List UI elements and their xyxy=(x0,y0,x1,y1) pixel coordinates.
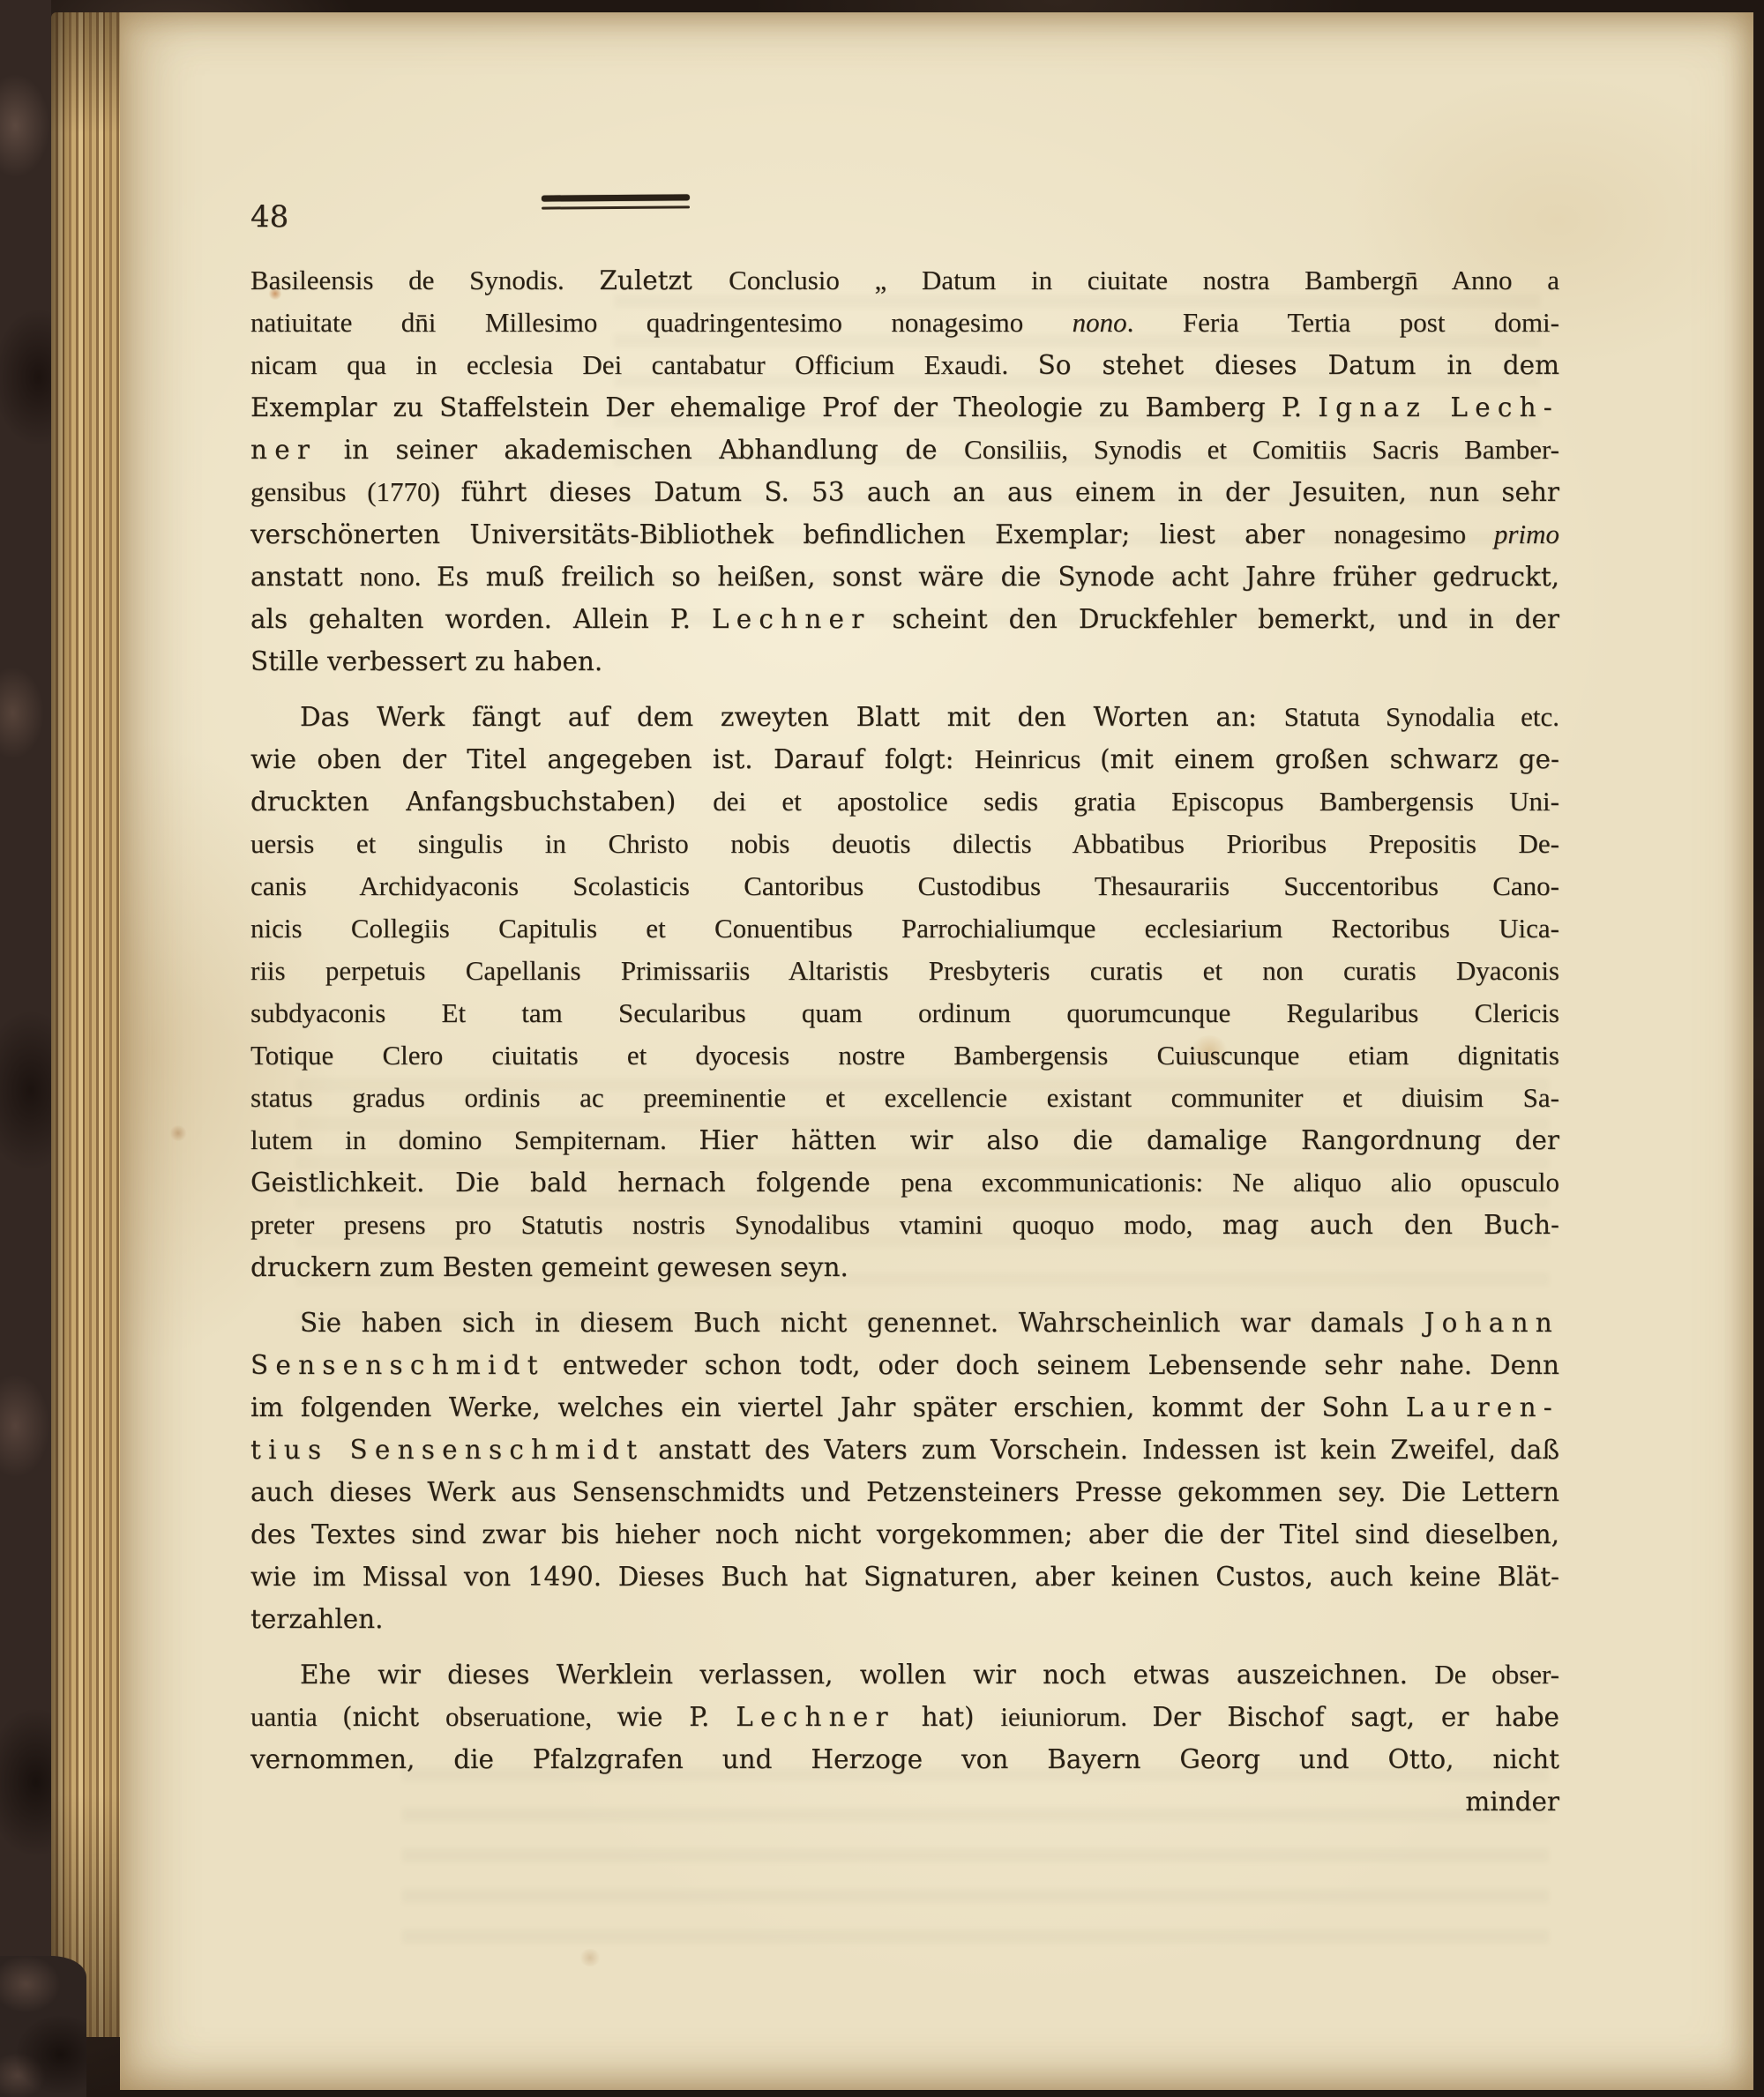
text-segment-spaced: Lechner xyxy=(736,1702,895,1732)
text-segment-fraktur: entweder schon todt, oder doch seinem Le… xyxy=(545,1350,1559,1380)
text-segment-fraktur: Ehe wir dieses Werklein verlassen, wolle… xyxy=(300,1660,1434,1690)
paragraph: Ehe wir dieses Werklein verlassen, wolle… xyxy=(250,1653,1559,1823)
text-line: Basileensis de Synodis. Zuletzt Conclusi… xyxy=(250,259,1559,302)
text-segment-latin: gensibus (1770) xyxy=(250,476,461,507)
text-segment-fraktur: Zuletzt xyxy=(599,265,729,295)
text-segment-latin: status gradus ordinis ac preeminentie et… xyxy=(250,1082,1559,1113)
text-segment-fraktur: druckern zum Besten gemeint gewesen seyn… xyxy=(250,1252,848,1282)
text-segment-fraktur: Es muß freilich so heißen, sonst wäre di… xyxy=(437,562,1559,592)
text-segment-latin: dei et apostolice sedis gratia Episcopus… xyxy=(713,786,1559,817)
text-segment-latin: natiuitate dn̄i Millesimo quadringentesi… xyxy=(250,307,1073,338)
text-segment-fraktur: wie P. xyxy=(617,1702,736,1732)
text-segment-fraktur: als gehalten worden. Allein P. xyxy=(250,604,712,634)
text-line: Sie haben sich in diesem Buch nicht gene… xyxy=(250,1302,1559,1344)
text-line: riis perpetuis Capellanis Primissariis A… xyxy=(250,950,1559,992)
text-segment-italic: primo xyxy=(1494,519,1559,549)
rule-line-thin xyxy=(542,205,690,209)
text-segment-latin: uantia xyxy=(250,1701,342,1732)
foxing-spot xyxy=(579,1949,602,1966)
text-segment-latin: Basileensis de Synodis. xyxy=(250,265,599,295)
text-block: Basileensis de Synodis. Zuletzt Conclusi… xyxy=(250,259,1559,1823)
text-segment-latin: nonagesimo xyxy=(1334,519,1494,549)
text-segment-fraktur: Sie haben sich in diesem Buch nicht gene… xyxy=(300,1308,1424,1338)
text-segment-latin: subdyaconis Et tam Secularibus quam ordi… xyxy=(250,997,1559,1028)
text-segment-spaced: Sensenschmidt xyxy=(250,1350,545,1380)
text-segment-spaced: Ignaz Lech- xyxy=(1318,392,1559,422)
text-segment-latin: lutem in domino Sempiternam. xyxy=(250,1124,699,1155)
text-segment-fraktur: anstatt xyxy=(250,562,360,592)
text-line: tius Sensenschmidt anstatt des Vaters zu… xyxy=(250,1429,1559,1471)
text-segment-spaced: Lauren- xyxy=(1406,1392,1559,1422)
text-segment-latin: Statuta Synodalia etc. xyxy=(1284,701,1559,732)
text-segment-fraktur: mag auch den Buch- xyxy=(1222,1210,1559,1240)
text-segment-fraktur: Hier hätten wir also die damalige Rangor… xyxy=(699,1125,1559,1155)
text-segment-latin: Totique Clero ciuitatis et dyocesis nost… xyxy=(250,1040,1559,1071)
text-line: wie im Missal von 1490. Dieses Buch hat … xyxy=(250,1556,1559,1598)
text-line: Exemplar zu Staffelstein Der ehemalige P… xyxy=(250,386,1559,429)
text-segment-latin: nono. xyxy=(360,561,437,592)
text-segment-fraktur: hat) xyxy=(895,1702,1001,1732)
text-line: im folgenden Werke, welches ein viertel … xyxy=(250,1386,1559,1429)
text-segment-fraktur: Das Werk fängt auf dem zweyten Blatt mit… xyxy=(300,702,1284,732)
text-segment-fraktur: (nicht xyxy=(342,1702,445,1732)
text-line: Totique Clero ciuitatis et dyocesis nost… xyxy=(250,1034,1559,1077)
text-segment-fraktur: Exemplar zu Staffelstein Der ehemalige P… xyxy=(250,392,1318,422)
text-line: Ehe wir dieses Werklein verlassen, wolle… xyxy=(250,1653,1559,1696)
text-segment-latin: Consiliis, Synodis et Comitiis Sacris Ba… xyxy=(964,434,1559,465)
text-line: subdyaconis Et tam Secularibus quam ordi… xyxy=(250,992,1559,1034)
text-segment-latin: preter presens pro Statutis nostris Syno… xyxy=(250,1209,1222,1240)
text-segment-fraktur: des Textes sind zwar bis hieher noch nic… xyxy=(250,1519,1559,1549)
text-segment-latin: ieiuniorum. xyxy=(1000,1701,1152,1732)
text-line: uantia (nicht obseruatione, wie P. Lechn… xyxy=(250,1696,1559,1738)
text-line: auch dieses Werk aus Sensenschmidts und … xyxy=(250,1471,1559,1513)
text-line: lutem in domino Sempiternam. Hier hätten… xyxy=(250,1119,1559,1161)
page-edge-stack xyxy=(51,12,120,2037)
text-segment-fraktur: wie oben der Titel angegeben ist. Darauf… xyxy=(250,744,975,774)
text-segment-fraktur: terzahlen. xyxy=(250,1604,384,1634)
text-segment-fraktur: Der Bischof sagt, er habe xyxy=(1152,1702,1559,1732)
text-line: ner in seiner akademischen Abhandlung de… xyxy=(250,429,1559,471)
text-segment-spaced: Johann xyxy=(1424,1308,1559,1338)
text-segment-spaced: ner xyxy=(250,435,317,465)
text-line: anstatt nono. Es muß freilich so heißen,… xyxy=(250,556,1559,598)
text-segment-latin: Conclusio „ Datum in ciuitate nostra Bam… xyxy=(729,265,1559,295)
text-segment-italic: nono xyxy=(1073,307,1127,338)
text-line: Das Werk fängt auf dem zweyten Blatt mit… xyxy=(250,696,1559,738)
text-segment-fraktur: verschönerten Universitäts-Bibliothek be… xyxy=(250,519,1334,549)
text-line: preter presens pro Statutis nostris Syno… xyxy=(250,1204,1559,1246)
text-segment-latin: riis perpetuis Capellanis Primissariis A… xyxy=(250,955,1559,986)
text-segment-fraktur: So stehet dieses Datum in dem xyxy=(1038,350,1559,380)
paragraph: Das Werk fängt auf dem zweyten Blatt mit… xyxy=(250,696,1559,1288)
text-line: nicam qua in ecclesia Dei cantabatur Off… xyxy=(250,344,1559,386)
text-line: druckten Anfangsbuchstaben) dei et apost… xyxy=(250,780,1559,823)
book-page: 48 Basileensis de Synodis. Zuletzt Concl… xyxy=(120,12,1753,2090)
paragraph: Sie haben sich in diesem Buch nicht gene… xyxy=(250,1302,1559,1640)
text-line: gensibus (1770) führt dieses Datum S. 53… xyxy=(250,471,1559,513)
rule-line-thick xyxy=(542,194,690,201)
book-binding-board xyxy=(0,0,51,2097)
text-segment-fraktur: vernommen, die Pfalzgrafen und Herzoge v… xyxy=(250,1744,1559,1774)
text-segment-latin: nicam qua in ecclesia Dei cantabatur Off… xyxy=(250,349,1038,380)
text-segment-latin: pena excommunicationis: Ne aliquo alio o… xyxy=(901,1167,1559,1198)
text-line: wie oben der Titel angegeben ist. Darauf… xyxy=(250,738,1559,780)
text-segment-fraktur: minder xyxy=(1465,1787,1559,1817)
text-segment-latin: obseruatione, xyxy=(445,1701,617,1732)
text-segment-latin: uersis et singulis in Christo nobis deuo… xyxy=(250,828,1559,859)
text-segment-latin: De obser- xyxy=(1434,1659,1559,1690)
text-segment-latin: Heinricus xyxy=(975,743,1100,774)
text-line: terzahlen. xyxy=(250,1598,1559,1640)
text-segment-spaced: tius Sensenschmidt xyxy=(250,1435,644,1465)
text-line: canis Archidyaconis Scolasticis Cantorib… xyxy=(250,865,1559,907)
text-line: status gradus ordinis ac preeminentie et… xyxy=(250,1077,1559,1119)
text-line: Geistlichkeit. Die bald hernach folgende… xyxy=(250,1161,1559,1204)
book-binding-corner xyxy=(0,1956,86,2097)
text-line: vernommen, die Pfalzgrafen und Herzoge v… xyxy=(250,1738,1559,1780)
text-line: nicis Collegiis Capitulis et Conuentibus… xyxy=(250,907,1559,950)
text-line: uersis et singulis in Christo nobis deuo… xyxy=(250,823,1559,865)
text-segment-fraktur: in seiner akademischen Abhandlung de xyxy=(317,435,964,465)
text-segment-latin: canis Archidyaconis Scolasticis Cantorib… xyxy=(250,870,1559,901)
text-line: als gehalten worden. Allein P. Lechner s… xyxy=(250,598,1559,640)
text-segment-latin: . Feria Tertia post domi- xyxy=(1127,307,1559,338)
header-rule xyxy=(542,194,690,209)
text-line: Sensenschmidt entweder schon todt, oder … xyxy=(250,1344,1559,1386)
text-line: verschönerten Universitäts-Bibliothek be… xyxy=(250,513,1559,556)
text-segment-fraktur: wie im Missal von 1490. Dieses Buch hat … xyxy=(250,1562,1559,1592)
text-segment-fraktur: auch dieses Werk aus Sensenschmidts und … xyxy=(250,1477,1559,1507)
text-segment-spaced: Lechner xyxy=(712,604,871,634)
text-segment-fraktur: druckten Anfangsbuchstaben) xyxy=(250,787,713,817)
text-segment-fraktur: Geistlichkeit. Die bald hernach folgende xyxy=(250,1168,901,1198)
text-segment-fraktur: Stille verbessert zu haben. xyxy=(250,646,602,676)
page-number: 48 xyxy=(250,199,288,235)
text-segment-fraktur: (mit einem großen schwarz ge- xyxy=(1100,744,1559,774)
text-segment-fraktur: im folgenden Werke, welches ein viertel … xyxy=(250,1392,1406,1422)
text-line: natiuitate dn̄i Millesimo quadringentesi… xyxy=(250,302,1559,344)
text-line: des Textes sind zwar bis hieher noch nic… xyxy=(250,1513,1559,1556)
text-line: Stille verbessert zu haben. xyxy=(250,640,1559,683)
text-segment-fraktur: scheint den Druckfehler bemerkt, und in … xyxy=(871,604,1559,634)
text-line: druckern zum Besten gemeint gewesen seyn… xyxy=(250,1246,1559,1288)
paragraph: Basileensis de Synodis. Zuletzt Conclusi… xyxy=(250,259,1559,683)
foxing-spot xyxy=(169,1125,187,1141)
text-segment-latin: nicis Collegiis Capitulis et Conuentibus… xyxy=(250,913,1559,944)
catchword: minder xyxy=(250,1780,1559,1823)
text-segment-fraktur: anstatt des Vaters zum Vorschein. Indess… xyxy=(644,1435,1559,1465)
text-segment-fraktur: führt dieses Datum S. 53 auch an aus ein… xyxy=(461,477,1559,507)
